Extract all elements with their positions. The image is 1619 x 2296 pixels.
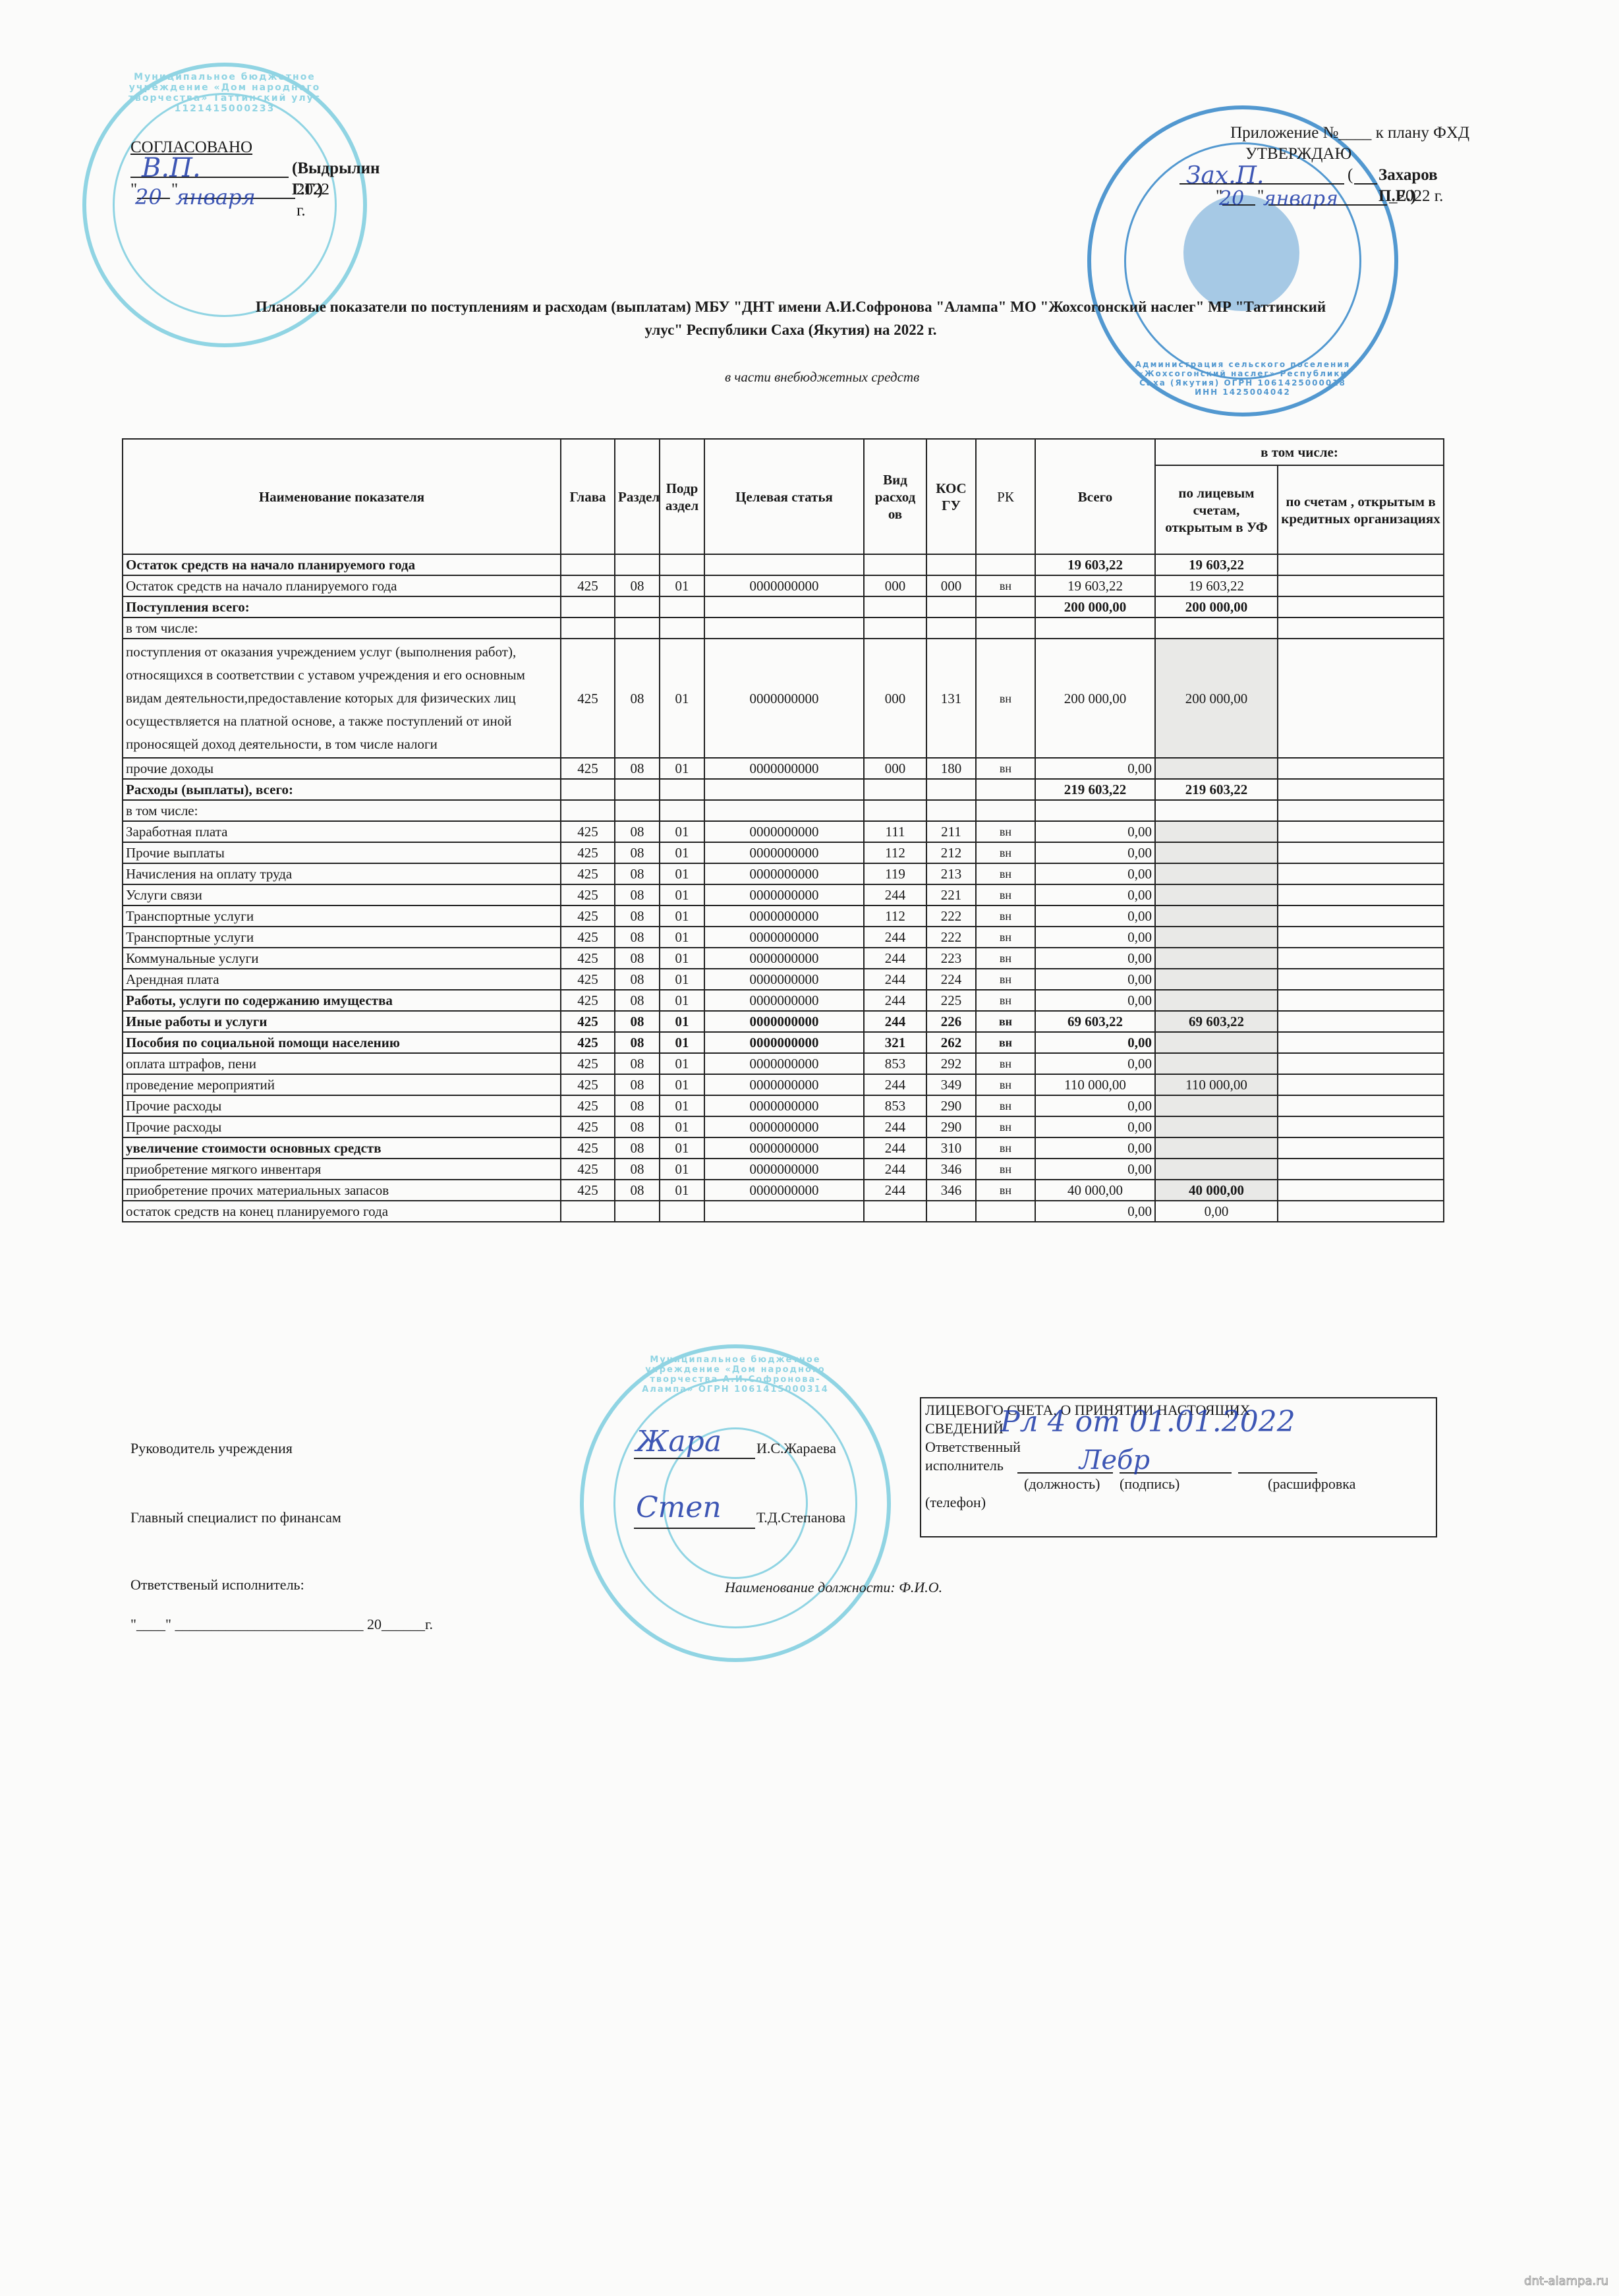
cell-rk <box>976 596 1035 617</box>
cell-credit <box>1278 1159 1444 1180</box>
cell-name: Транспортные услуги <box>123 927 561 948</box>
cell-name: оплата штрафов, пени <box>123 1053 561 1074</box>
cell-rk <box>976 779 1035 800</box>
cell-glava: 425 <box>561 863 615 884</box>
table-row: Начисления на оплату труда42508010000000… <box>123 863 1444 884</box>
cell-total: 0,00 <box>1035 884 1155 905</box>
watermark: dnt-alampa.ru <box>1524 2274 1608 2288</box>
cell-kosgu: 223 <box>926 948 976 969</box>
cell-total: 200 000,00 <box>1035 596 1155 617</box>
table-row: приобретение мягкого инвентаря4250801000… <box>123 1159 1444 1180</box>
cell-uf: 19 603,22 <box>1155 575 1278 596</box>
cell-credit <box>1278 1011 1444 1032</box>
cell-credit <box>1278 554 1444 575</box>
cell-kosgu: 292 <box>926 1053 976 1074</box>
cell-uf: 200 000,00 <box>1155 639 1278 758</box>
cell-razdel: 08 <box>615 990 660 1011</box>
cell-podrazdel <box>660 617 704 639</box>
cell-credit <box>1278 1201 1444 1222</box>
cell-uf <box>1155 1137 1278 1159</box>
cell-total: 0,00 <box>1035 1053 1155 1074</box>
cell-rk: вн <box>976 990 1035 1011</box>
cell-vid: 244 <box>864 1011 926 1032</box>
cell-glava: 425 <box>561 758 615 779</box>
cell-rk: вн <box>976 863 1035 884</box>
cell-razdel <box>615 554 660 575</box>
cell-kosgu: 221 <box>926 884 976 905</box>
cell-vid: 853 <box>864 1053 926 1074</box>
cell-razdel: 08 <box>615 884 660 905</box>
cell-vid: 244 <box>864 1137 926 1159</box>
cell-glava: 425 <box>561 821 615 842</box>
col-header-credit: по счетам , открытым в кредитных организ… <box>1278 465 1444 554</box>
cell-statya <box>704 800 864 821</box>
table-row: в том числе: <box>123 800 1444 821</box>
cell-statya: 0000000000 <box>704 927 864 948</box>
cell-rk: вн <box>976 1032 1035 1053</box>
table-row: Иные работы и услуги42508010000000000244… <box>123 1011 1444 1032</box>
cell-credit <box>1278 779 1444 800</box>
cell-statya: 0000000000 <box>704 1095 864 1116</box>
cell-credit <box>1278 1053 1444 1074</box>
cell-glava: 425 <box>561 905 615 927</box>
cell-credit <box>1278 863 1444 884</box>
cell-uf <box>1155 758 1278 779</box>
cell-vid: 111 <box>864 821 926 842</box>
document-title: Плановые показатели по поступлениям и ра… <box>132 295 1450 341</box>
cell-rk: вн <box>976 948 1035 969</box>
cell-glava: 425 <box>561 1180 615 1201</box>
cell-credit <box>1278 1180 1444 1201</box>
cell-vid <box>864 596 926 617</box>
col-header-kosgu: КОС ГУ <box>926 439 976 554</box>
cell-razdel: 08 <box>615 1137 660 1159</box>
cell-vid: 244 <box>864 948 926 969</box>
date-right-handwritten: 20 января <box>1219 187 1338 210</box>
finance-name: Т.Д.Степанова <box>756 1509 845 1526</box>
cell-statya <box>704 617 864 639</box>
cell-glava <box>561 617 615 639</box>
cell-name: прочие доходы <box>123 758 561 779</box>
table-row: поступления от оказания учреждением услу… <box>123 639 1444 758</box>
appendix-label: Приложение №____ к плану ФХД <box>1179 123 1469 144</box>
cell-uf: 40 000,00 <box>1155 1180 1278 1201</box>
cell-kosgu: 290 <box>926 1116 976 1137</box>
cell-name: проведение мероприятий <box>123 1074 561 1095</box>
cell-rk <box>976 800 1035 821</box>
cell-rk: вн <box>976 884 1035 905</box>
cell-uf <box>1155 1159 1278 1180</box>
cell-kosgu: 224 <box>926 969 976 990</box>
cell-razdel <box>615 800 660 821</box>
cell-uf <box>1155 1032 1278 1053</box>
col-header-uf: по лицевым счетам, открытым в УФ <box>1155 465 1278 554</box>
cell-rk: вн <box>976 1095 1035 1116</box>
cell-razdel: 08 <box>615 1159 660 1180</box>
cell-name: увеличение стоимости основных средств <box>123 1137 561 1159</box>
cell-podrazdel: 01 <box>660 969 704 990</box>
cell-total: 0,00 <box>1035 1137 1155 1159</box>
cell-podrazdel <box>660 554 704 575</box>
cell-rk: вн <box>976 1011 1035 1032</box>
table-row: Работы, услуги по содержанию имущества42… <box>123 990 1444 1011</box>
cell-vid <box>864 800 926 821</box>
cell-rk: вн <box>976 821 1035 842</box>
cell-name: Прочие расходы <box>123 1116 561 1137</box>
table-row: Коммунальные услуги425080100000000002442… <box>123 948 1444 969</box>
cell-name: Коммунальные услуги <box>123 948 561 969</box>
table-row: Расходы (выплаты), всего:219 603,22219 6… <box>123 779 1444 800</box>
cell-uf: 0,00 <box>1155 1201 1278 1222</box>
cell-vid: 000 <box>864 639 926 758</box>
cell-razdel: 08 <box>615 969 660 990</box>
treasury-handwritten: Рл 4 от 01.01.2022 <box>1000 1413 1295 1431</box>
cell-glava: 425 <box>561 969 615 990</box>
cell-statya: 0000000000 <box>704 948 864 969</box>
cell-vid <box>864 1201 926 1222</box>
cell-vid <box>864 554 926 575</box>
cell-vid: 853 <box>864 1095 926 1116</box>
cell-rk <box>976 617 1035 639</box>
cell-podrazdel: 01 <box>660 821 704 842</box>
cell-uf <box>1155 884 1278 905</box>
cell-kosgu: 000 <box>926 575 976 596</box>
cell-rk: вн <box>976 1159 1035 1180</box>
cell-podrazdel: 01 <box>660 842 704 863</box>
cell-kosgu: 262 <box>926 1032 976 1053</box>
cell-razdel: 08 <box>615 927 660 948</box>
cell-name: приобретение прочих материальных запасов <box>123 1180 561 1201</box>
cell-razdel: 08 <box>615 575 660 596</box>
cell-name: Транспортные услуги <box>123 905 561 927</box>
cell-statya <box>704 779 864 800</box>
cell-vid: 112 <box>864 905 926 927</box>
cell-kosgu: 222 <box>926 927 976 948</box>
cell-kosgu <box>926 554 976 575</box>
approval-left-year: 2022 г. <box>297 179 329 221</box>
cell-uf: 69 603,22 <box>1155 1011 1278 1032</box>
cell-podrazdel <box>660 779 704 800</box>
table-row: Остаток средств на начало планируемого г… <box>123 554 1444 575</box>
cell-name: Пособия по социальной помощи населению <box>123 1032 561 1053</box>
cell-glava: 425 <box>561 639 615 758</box>
cell-rk: вн <box>976 1180 1035 1201</box>
cell-podrazdel: 01 <box>660 575 704 596</box>
cell-podrazdel: 01 <box>660 1116 704 1137</box>
cell-kosgu: 226 <box>926 1011 976 1032</box>
table-row: Прочие расходы42508010000000000853290вн0… <box>123 1095 1444 1116</box>
cell-credit <box>1278 948 1444 969</box>
cell-name: Прочие расходы <box>123 1095 561 1116</box>
cell-podrazdel: 01 <box>660 990 704 1011</box>
cell-podrazdel: 01 <box>660 927 704 948</box>
cell-razdel: 08 <box>615 948 660 969</box>
cell-rk: вн <box>976 927 1035 948</box>
cell-credit <box>1278 758 1444 779</box>
cell-rk: вн <box>976 1074 1035 1095</box>
cell-uf: 219 603,22 <box>1155 779 1278 800</box>
cell-rk <box>976 554 1035 575</box>
cell-vid: 244 <box>864 1159 926 1180</box>
cell-podrazdel: 01 <box>660 905 704 927</box>
cell-razdel <box>615 779 660 800</box>
document-subtitle: в части внебюджетных средств <box>725 369 919 386</box>
table-row: в том числе: <box>123 617 1444 639</box>
cell-credit <box>1278 969 1444 990</box>
table-row: оплата штрафов, пени42508010000000000853… <box>123 1053 1444 1074</box>
cell-glava: 425 <box>561 1011 615 1032</box>
cell-vid: 000 <box>864 575 926 596</box>
cell-credit <box>1278 575 1444 596</box>
cell-glava: 425 <box>561 842 615 863</box>
cell-kosgu: 212 <box>926 842 976 863</box>
cell-glava: 425 <box>561 1137 615 1159</box>
cell-credit <box>1278 639 1444 758</box>
cell-razdel: 08 <box>615 639 660 758</box>
cell-statya: 0000000000 <box>704 821 864 842</box>
cell-razdel: 08 <box>615 758 660 779</box>
cell-kosgu: 349 <box>926 1074 976 1095</box>
cell-uf <box>1155 617 1278 639</box>
cell-credit <box>1278 821 1444 842</box>
cell-podrazdel <box>660 800 704 821</box>
cell-total: 0,00 <box>1035 1201 1155 1222</box>
cell-credit <box>1278 1074 1444 1095</box>
stamp-bottom: Муниципальное бюджетное учреждение «Дом … <box>580 1344 891 1662</box>
cell-glava: 425 <box>561 990 615 1011</box>
cell-statya: 0000000000 <box>704 639 864 758</box>
cell-razdel: 08 <box>615 1116 660 1137</box>
cell-name: Расходы (выплаты), всего: <box>123 779 561 800</box>
cell-uf <box>1155 927 1278 948</box>
cell-kosgu: 180 <box>926 758 976 779</box>
cell-podrazdel: 01 <box>660 1053 704 1074</box>
cell-total: 0,00 <box>1035 1095 1155 1116</box>
cell-glava: 425 <box>561 884 615 905</box>
cell-uf <box>1155 800 1278 821</box>
cell-credit <box>1278 1032 1444 1053</box>
cell-statya: 0000000000 <box>704 1011 864 1032</box>
head-name: И.С.Жараева <box>756 1440 836 1457</box>
cell-rk: вн <box>976 575 1035 596</box>
cell-statya: 0000000000 <box>704 758 864 779</box>
cell-total: 0,00 <box>1035 948 1155 969</box>
date-line: "____" __________________________ 20____… <box>130 1616 433 1633</box>
cell-total: 40 000,00 <box>1035 1180 1155 1201</box>
plan-table: Наименование показателя Глава Раздел Под… <box>122 438 1444 1222</box>
cell-glava: 425 <box>561 1053 615 1074</box>
cell-glava <box>561 596 615 617</box>
cell-credit <box>1278 1137 1444 1159</box>
cell-total: 0,00 <box>1035 1116 1155 1137</box>
table-row: Прочие выплаты42508010000000000112212вн0… <box>123 842 1444 863</box>
cell-statya: 0000000000 <box>704 1137 864 1159</box>
cell-rk: вн <box>976 842 1035 863</box>
cell-statya: 0000000000 <box>704 884 864 905</box>
cell-uf: 19 603,22 <box>1155 554 1278 575</box>
cell-statya: 0000000000 <box>704 1074 864 1095</box>
cell-razdel: 08 <box>615 863 660 884</box>
cell-glava: 425 <box>561 948 615 969</box>
cell-name: поступления от оказания учреждением услу… <box>123 639 561 758</box>
cell-razdel: 08 <box>615 1011 660 1032</box>
cell-name: в том числе: <box>123 800 561 821</box>
cell-statya <box>704 1201 864 1222</box>
cell-vid: 244 <box>864 1180 926 1201</box>
signature-left: В.П. <box>142 153 201 183</box>
cell-podrazdel: 01 <box>660 1180 704 1201</box>
table-row: Поступления всего:200 000,00200 000,00 <box>123 596 1444 617</box>
cell-name: Поступления всего: <box>123 596 561 617</box>
cell-credit <box>1278 884 1444 905</box>
col-header-rk: РК <box>976 439 1035 554</box>
cell-statya: 0000000000 <box>704 863 864 884</box>
cell-razdel: 08 <box>615 905 660 927</box>
cell-credit <box>1278 596 1444 617</box>
table-row: Услуги связи42508010000000000244221вн0,0… <box>123 884 1444 905</box>
cell-kosgu <box>926 800 976 821</box>
cell-uf <box>1155 821 1278 842</box>
finance-label: Главный специалист по финансам <box>130 1509 341 1526</box>
cell-razdel: 08 <box>615 1053 660 1074</box>
cell-razdel: 08 <box>615 1180 660 1201</box>
cell-rk: вн <box>976 758 1035 779</box>
cell-vid <box>864 617 926 639</box>
cell-uf <box>1155 905 1278 927</box>
cell-vid: 244 <box>864 1116 926 1137</box>
cell-podrazdel: 01 <box>660 884 704 905</box>
col-header-razdel: Раздел <box>615 439 660 554</box>
cell-podrazdel: 01 <box>660 1074 704 1095</box>
col-header-statya: Целевая статья <box>704 439 864 554</box>
cell-vid: 244 <box>864 884 926 905</box>
cell-credit <box>1278 990 1444 1011</box>
cell-name: Прочие выплаты <box>123 842 561 863</box>
cell-podrazdel <box>660 1201 704 1222</box>
cell-razdel <box>615 596 660 617</box>
cell-total: 19 603,22 <box>1035 554 1155 575</box>
cell-kosgu: 213 <box>926 863 976 884</box>
cell-glava <box>561 554 615 575</box>
approval-right-year: _2022 г. <box>1389 186 1443 207</box>
cell-rk: вн <box>976 1053 1035 1074</box>
cell-kosgu: 131 <box>926 639 976 758</box>
cell-total: 19 603,22 <box>1035 575 1155 596</box>
cell-glava: 425 <box>561 1159 615 1180</box>
cell-podrazdel: 01 <box>660 1011 704 1032</box>
col-header-name: Наименование показателя <box>123 439 561 554</box>
cell-podrazdel: 01 <box>660 1095 704 1116</box>
cell-statya: 0000000000 <box>704 575 864 596</box>
cell-vid: 112 <box>864 842 926 863</box>
cell-glava: 425 <box>561 575 615 596</box>
cell-razdel: 08 <box>615 842 660 863</box>
cell-kosgu <box>926 617 976 639</box>
treasury-signature: Лебр <box>1079 1451 1150 1470</box>
table-row: проведение мероприятий425080100000000002… <box>123 1074 1444 1095</box>
cell-vid: 000 <box>864 758 926 779</box>
cell-name: Остаток средств на начало планируемого г… <box>123 575 561 596</box>
col-header-total: Всего <box>1035 439 1155 554</box>
cell-kosgu: 222 <box>926 905 976 927</box>
table-row: Транспортные услуги425080100000000001122… <box>123 905 1444 927</box>
cell-vid: 321 <box>864 1032 926 1053</box>
cell-kosgu: 346 <box>926 1159 976 1180</box>
table-row: приобретение прочих материальных запасов… <box>123 1180 1444 1201</box>
col-header-podrazdel: Подр аздел <box>660 439 704 554</box>
cell-total: 0,00 <box>1035 927 1155 948</box>
cell-kosgu <box>926 596 976 617</box>
cell-total <box>1035 617 1155 639</box>
cell-uf: 200 000,00 <box>1155 596 1278 617</box>
cell-credit <box>1278 1116 1444 1137</box>
cell-podrazdel: 01 <box>660 1137 704 1159</box>
cell-podrazdel: 01 <box>660 948 704 969</box>
cell-total: 0,00 <box>1035 905 1155 927</box>
cell-name: приобретение мягкого инвентаря <box>123 1159 561 1180</box>
cell-total: 110 000,00 <box>1035 1074 1155 1095</box>
table-row: Остаток средств на начало планируемого г… <box>123 575 1444 596</box>
cell-credit <box>1278 842 1444 863</box>
cell-uf <box>1155 1053 1278 1074</box>
cell-podrazdel: 01 <box>660 863 704 884</box>
table-row: Арендная плата42508010000000000244224вн0… <box>123 969 1444 990</box>
table-row: увеличение стоимости основных средств425… <box>123 1137 1444 1159</box>
cell-vid: 244 <box>864 990 926 1011</box>
cell-total: 0,00 <box>1035 821 1155 842</box>
cell-glava <box>561 779 615 800</box>
table-row: прочие доходы42508010000000000000180вн0,… <box>123 758 1444 779</box>
cell-razdel: 08 <box>615 1032 660 1053</box>
signature-right: Зах.П. <box>1186 162 1264 189</box>
cell-podrazdel: 01 <box>660 1159 704 1180</box>
cell-name: Начисления на оплату труда <box>123 863 561 884</box>
cell-statya: 0000000000 <box>704 969 864 990</box>
treasury-acceptance-box: ЛИЦЕВОГО СЧЕТА, О ПРИНЯТИИ НАСТОЯЩИХ СВЕ… <box>920 1397 1437 1537</box>
cell-name: Работы, услуги по содержанию имущества <box>123 990 561 1011</box>
cell-podrazdel <box>660 596 704 617</box>
cell-vid: 119 <box>864 863 926 884</box>
executor-label: Ответственый исполнитель: <box>130 1576 304 1593</box>
cell-name: остаток средств на конец планируемого го… <box>123 1201 561 1222</box>
table-row: остаток средств на конец планируемого го… <box>123 1201 1444 1222</box>
col-header-glava: Глава <box>561 439 615 554</box>
cell-statya: 0000000000 <box>704 842 864 863</box>
cell-credit <box>1278 1095 1444 1116</box>
cell-razdel: 08 <box>615 1074 660 1095</box>
cell-credit <box>1278 905 1444 927</box>
cell-name: Заработная плата <box>123 821 561 842</box>
cell-total: 0,00 <box>1035 990 1155 1011</box>
cell-rk: вн <box>976 1137 1035 1159</box>
cell-glava: 425 <box>561 1116 615 1137</box>
cell-total: 219 603,22 <box>1035 779 1155 800</box>
cell-credit <box>1278 800 1444 821</box>
cell-uf <box>1155 948 1278 969</box>
table-row: Транспортные услуги425080100000000002442… <box>123 927 1444 948</box>
cell-vid: 244 <box>864 927 926 948</box>
cell-uf <box>1155 969 1278 990</box>
cell-rk: вн <box>976 905 1035 927</box>
cell-total <box>1035 800 1155 821</box>
cell-glava: 425 <box>561 927 615 948</box>
cell-uf <box>1155 990 1278 1011</box>
cell-rk: вн <box>976 639 1035 758</box>
cell-vid: 244 <box>864 969 926 990</box>
cell-razdel <box>615 1201 660 1222</box>
cell-kosgu: 290 <box>926 1095 976 1116</box>
cell-statya: 0000000000 <box>704 1032 864 1053</box>
